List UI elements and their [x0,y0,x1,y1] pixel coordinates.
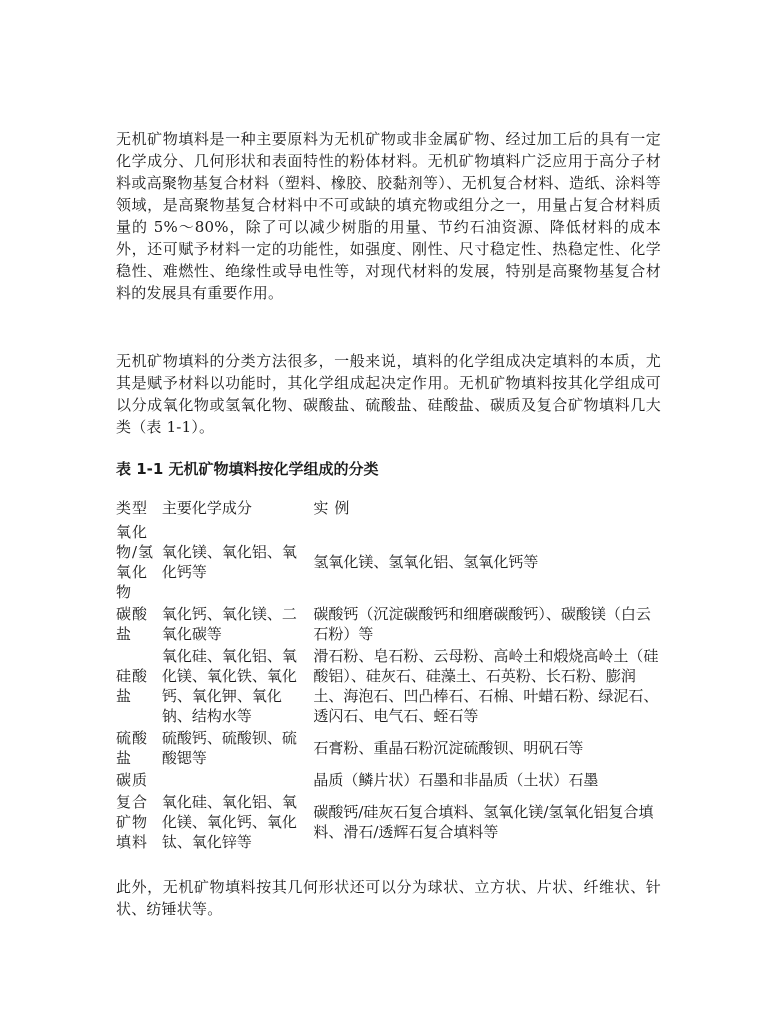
table-row: 硅酸盐 氧化硅、氧化铝、氧化镁、氧化铁、氧化钙、氧化钾、氧化钠、结构水等 滑石粉… [116,646,666,728]
cell-composition: 氧化硅、氧化铝、氧化镁、氧化钙、氧化钛、氧化锌等 [162,792,313,854]
cell-type: 复合矿物填料 [116,792,162,854]
table-row: 氧化物/氢氧化物 氧化镁、氧化铝、氧化钙等 氢氧化镁、氢氧化铝、氢氧化钙等 [116,522,666,604]
shape-paragraph: 此外，无机矿物填料按其几何形状还可以分为球状、立方状、片状、纤维状、针状、纺锤状… [116,876,661,920]
header-examples: 实例 [313,498,666,522]
cell-type: 硅酸盐 [116,646,162,728]
cell-composition: 氧化镁、氧化铝、氧化钙等 [162,522,313,604]
cell-examples: 碳酸钙（沉淀碳酸钙和细磨碳酸钙）、碳酸镁（白云石粉）等 [313,604,666,646]
classification-paragraph: 无机矿物填料的分类方法很多，一般来说，填料的化学组成决定填料的本质，尤其是赋予材… [116,350,661,438]
cell-composition: 氧化钙、氧化镁、二氧化碳等 [162,604,313,646]
header-type: 类型 [116,498,162,522]
cell-type: 氧化物/氢氧化物 [116,522,162,604]
table-row: 硫酸盐 硫酸钙、硫酸钡、硫酸锶等 石膏粉、重晶石粉沉淀硫酸钡、明矾石等 [116,728,666,770]
cell-examples: 晶质（鳞片状）石墨和非晶质（土状）石墨 [313,770,666,792]
table-header-row: 类型 主要化学成分 实例 [116,498,666,522]
cell-composition [162,770,313,792]
cell-type: 碳质 [116,770,162,792]
cell-composition: 硫酸钙、硫酸钡、硫酸锶等 [162,728,313,770]
cell-examples: 石膏粉、重晶石粉沉淀硫酸钡、明矾石等 [313,728,666,770]
document-page: 无机矿物填料是一种主要原料为无机矿物或非金属矿物、经过加工后的具有一定化学成分、… [116,128,661,920]
table-title: 表 1-1 无机矿物填料按化学组成的分类 [116,458,661,480]
table-row: 碳质 晶质（鳞片状）石墨和非晶质（土状）石墨 [116,770,666,792]
cell-examples: 碳酸钙/硅灰石复合填料、氢氧化镁/氢氧化铝复合填料、滑石/透辉石复合填料等 [313,792,666,854]
cell-examples: 滑石粉、皂石粉、云母粉、高岭土和煅烧高岭土（硅酸铝）、硅灰石、硅藻土、石英粉、长… [313,646,666,728]
intro-paragraph: 无机矿物填料是一种主要原料为无机矿物或非金属矿物、经过加工后的具有一定化学成分、… [116,128,661,304]
table-row: 复合矿物填料 氧化硅、氧化铝、氧化镁、氧化钙、氧化钛、氧化锌等 碳酸钙/硅灰石复… [116,792,666,854]
header-composition: 主要化学成分 [162,498,313,522]
classification-table: 类型 主要化学成分 实例 氧化物/氢氧化物 氧化镁、氧化铝、氧化钙等 氢氧化镁、… [116,498,666,854]
cell-type: 硫酸盐 [116,728,162,770]
table-row: 碳酸盐 氧化钙、氧化镁、二氧化碳等 碳酸钙（沉淀碳酸钙和细磨碳酸钙）、碳酸镁（白… [116,604,666,646]
cell-composition: 氧化硅、氧化铝、氧化镁、氧化铁、氧化钙、氧化钾、氧化钠、结构水等 [162,646,313,728]
cell-type: 碳酸盐 [116,604,162,646]
cell-examples: 氢氧化镁、氢氧化铝、氢氧化钙等 [313,522,666,604]
